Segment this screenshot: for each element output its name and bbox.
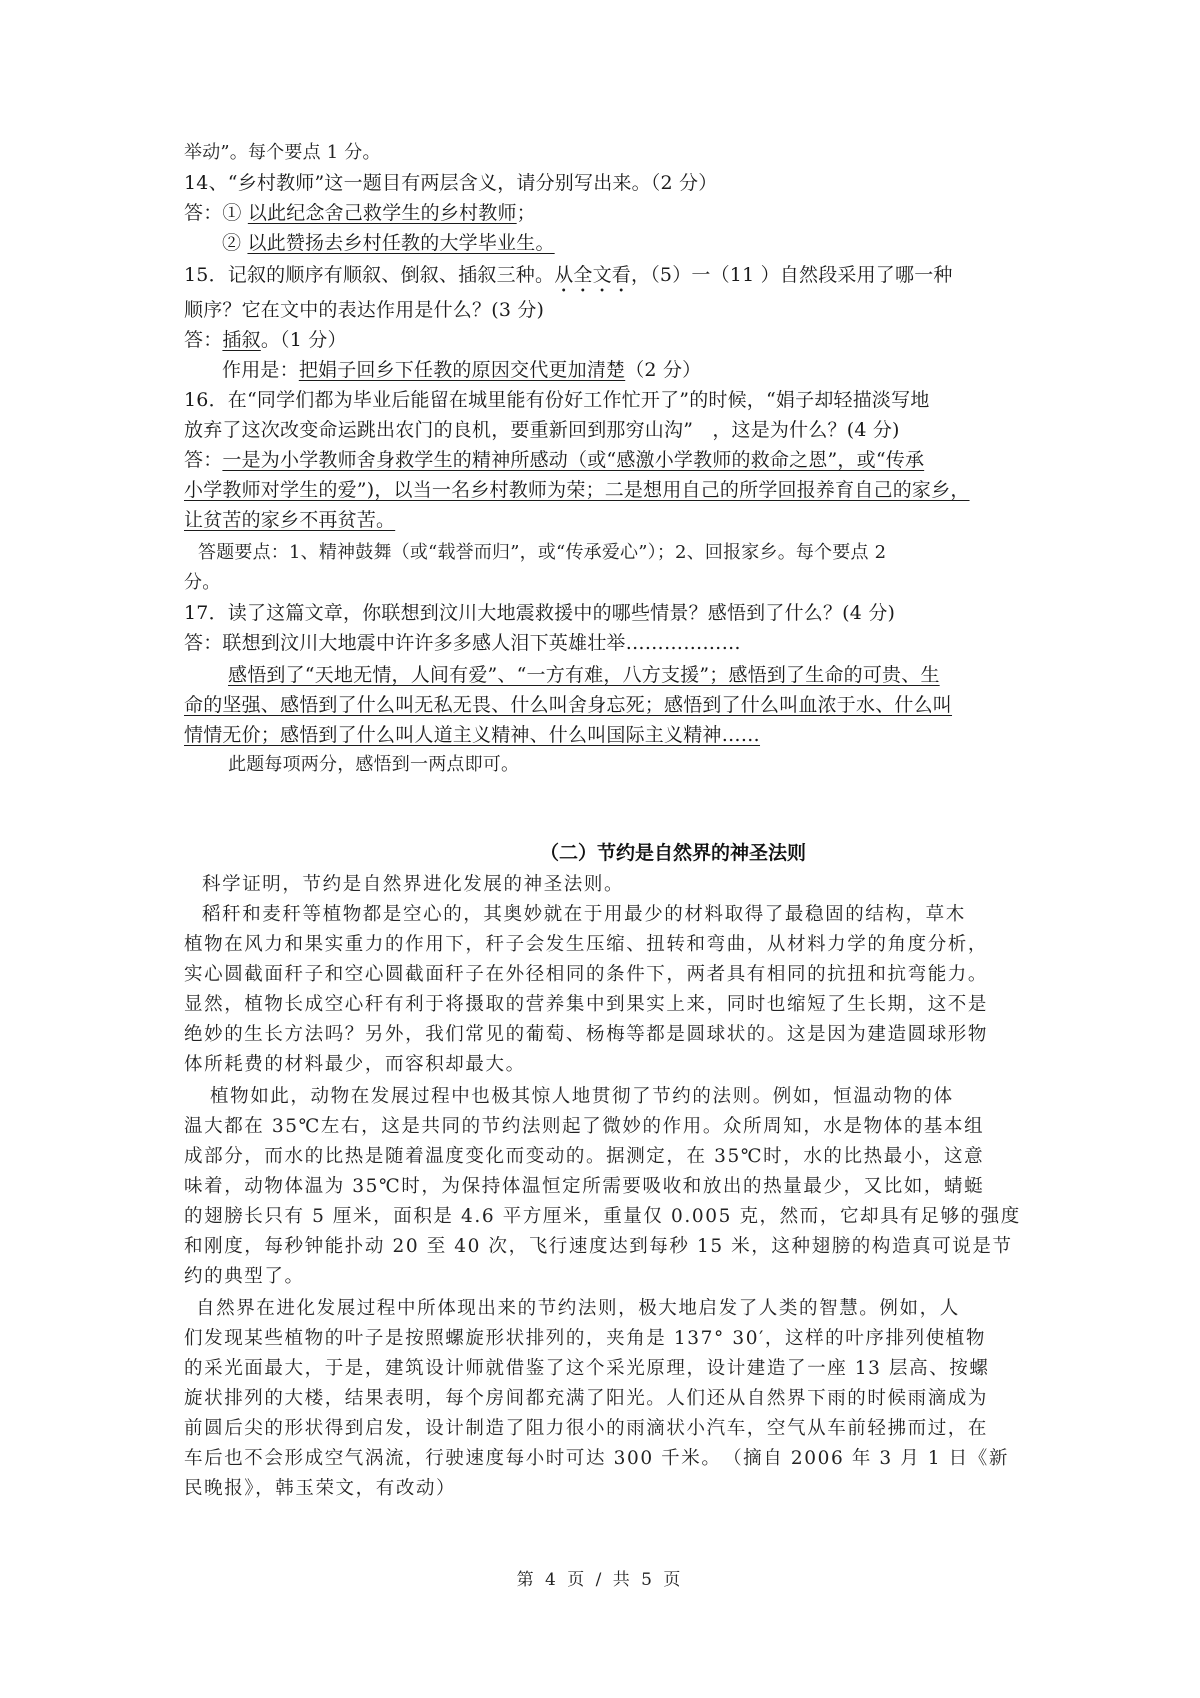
section-title: （二）节约是自然界的神圣法则 <box>540 840 806 866</box>
article-para-3-line: 味着，动物体温为 35℃时，为保持体温恒定所需要吸收和放出的热量最少，又比如，蜻… <box>184 1174 1024 1200</box>
answer-14-point2: 以此赞扬去乡村任教的大学毕业生。 <box>247 232 554 254</box>
function-label: 作用是： <box>222 359 299 381</box>
article-para-3-line: 温大都在 35℃左右，这是共同的节约法则起了微妙的作用。众所周知，水是物体的基本… <box>184 1114 1024 1140</box>
article-para-2-line: 显然，植物长成空心秆有利于将摄取的营养集中到果实上来，同时也缩短了生长期，这不是 <box>184 992 1024 1018</box>
answer-15-function: 把娟子回乡下任教的原因交代更加清楚 <box>299 359 625 381</box>
answer-17-line3: 命的坚强、感悟到了什么叫无私无畏、什么叫舍身忘死；感悟到了什么叫血浓于水、什么叫 <box>184 692 1024 718</box>
question-15-line2: 顺序？它在文中的表达作用是什么？(3 分) <box>184 297 1024 323</box>
answer-15-line2: 作用是：把娟子回乡下任教的原因交代更加清楚（2 分） <box>222 357 1062 383</box>
answer-17-line1: 答：联想到汶川大地震中许许多多感人泪下英雄壮举……………… <box>184 630 1024 656</box>
question-15-line1: 15．记叙的顺序有顺叙、倒叙、插叙三种。从全文看，（5）一（11 ）自然段采用了… <box>184 262 1024 297</box>
q15-text-b: ，（5）一（11 ）自然段采用了哪一种 <box>631 264 953 286</box>
article-para-4-line: 前圆后尖的形状得到启发，设计制造了阻力很小的雨滴状小汽车，空气从车前轻拂而过，在 <box>184 1416 1024 1442</box>
article-para-1: 科学证明，节约是自然界进化发展的神圣法则。 <box>202 872 1042 898</box>
answer-17-line4: 情情无价；感悟到了什么叫人道主义精神、什么叫国际主义精神…… <box>184 722 1024 748</box>
article-para-4-line: 自然界在进化发展过程中所体现出来的节约法则，极大地启发了人类的智慧。例如，人 <box>196 1296 1036 1322</box>
question-16-line2: 放弃了这次改变命运跳出农门的良机，要重新回到那穷山沟” ，这是为什么？(4 分) <box>184 417 1024 443</box>
article-para-3-line: 植物如此，动物在发展过程中也极其惊人地贯彻了节约的法则。例如，恒温动物的体 <box>210 1084 1050 1110</box>
answer-16-key-points: 答题要点：1、精神鼓舞（或“载誉而归”，或“传承爱心”）；2、回报家乡。每个要点… <box>198 540 1038 566</box>
answer-17-note: 此题每项两分，感悟到一两点即可。 <box>228 752 1068 778</box>
answer-15-line1: 答：插叙。（1 分） <box>184 327 1024 353</box>
article-para-3-line: 和刚度，每秒钟能扑动 20 至 40 次，飞行速度达到每秒 15 米，这种翅膀的… <box>184 1234 1024 1260</box>
score: （2 分） <box>625 359 701 381</box>
article-para-3-line: 的翅膀长只有 5 厘米，面积是 4.6 平方厘米，重量仅 0.005 克，然而，… <box>184 1204 1024 1230</box>
article-para-2-line: 绝妙的生长方法吗？另外，我们常见的葡萄、杨梅等都是圆球状的。这是因为建造圆球形物 <box>184 1022 1024 1048</box>
article-para-3-line: 成部分，而水的比热是随着温度变化而变动的。据测定，在 35℃时，水的比热最小，这… <box>184 1144 1024 1170</box>
question-14: 14、“乡村教师”这一题目有两层含义，请分别写出来。（2 分） <box>184 170 1024 196</box>
answer-number: ② <box>222 232 247 254</box>
article-para-2-line: 实心圆截面秆子和空心圆截面秆子在外径相同的条件下，两者具有相同的抗扭和抗弯能力。 <box>184 962 1024 988</box>
answer-14-line2: ② 以此赞扬去乡村任教的大学毕业生。 <box>222 230 1062 256</box>
question-17: 17．读了这篇文章，你联想到汶川大地震救援中的哪些情景？感悟到了什么？(4 分) <box>184 600 1024 626</box>
answer-16-line3: 让贫苦的家乡不再贫苦。 <box>184 507 1024 533</box>
punct: ； <box>517 202 536 224</box>
exam-page: 举动”。每个要点 1 分。 14、“乡村教师”这一题目有两层含义，请分别写出来。… <box>0 0 1200 1698</box>
answer-17-line2: 感悟到了“天地无情，人间有爱”、“一方有难，八方支援”；感悟到了生命的可贵、生 <box>228 662 1068 688</box>
article-para-2-line: 体所耗费的材料最少，而容积却最大。 <box>184 1052 1024 1078</box>
score: 。（1 分） <box>261 329 347 351</box>
answer-16-text: 一是为小学教师舍身救学生的精神所感动（或“感激小学教师的救命之恩”，或“传承 <box>222 449 924 471</box>
article-para-4-line: 车后也不会形成空气涡流，行驶速度每小时可达 300 千米。 （摘自 2006 年… <box>184 1446 1024 1472</box>
answer-14-point1: 以此纪念舍己救学生的乡村教师 <box>248 202 517 224</box>
answer-15-order: 插叙 <box>222 329 260 351</box>
article-para-2-line: 稻秆和麦秆等植物都是空心的，其奥妙就在于用最少的材料取得了最稳固的结构，草木 <box>202 902 1042 928</box>
q15-emphasis: 从全文看 <box>554 264 631 286</box>
answer-16-line1: 答：一是为小学教师舍身救学生的精神所感动（或“感激小学教师的救命之恩”，或“传承 <box>184 447 1024 473</box>
answer-14-line1: 答：① 以此纪念舍己救学生的乡村教师； <box>184 200 1024 226</box>
answer-16-line2: 小学教师对学生的爱”)，以当一名乡村教师为荣；二是想用自己的所学回报养育自己的家… <box>184 477 1024 503</box>
answer-prefix: 答： <box>184 449 222 471</box>
article-para-3-line: 约的典型了。 <box>184 1264 1024 1290</box>
article-para-4-line: 民晚报》，韩玉荣文，有改动） <box>184 1476 1024 1502</box>
article-para-2-line: 植物在风力和果实重力的作用下，秆子会发生压缩、扭转和弯曲，从材料力学的角度分析， <box>184 932 1024 958</box>
article-para-4-line: 的采光面最大，于是，建筑设计师就借鉴了这个采光原理，设计建造了一座 13 层高、… <box>184 1356 1024 1382</box>
answer-prefix: 答： <box>184 329 222 351</box>
answer-16-key-points-cont: 分。 <box>184 570 1024 596</box>
answer-prefix: 答：① <box>184 202 248 224</box>
page-number-footer: 第 4 页 / 共 5 页 <box>0 1565 1200 1590</box>
scoring-note-continued: 举动”。每个要点 1 分。 <box>184 140 1024 166</box>
article-para-4-line: 们发现某些植物的叶子是按照螺旋形状排列的，夹角是 137° 30′，这样的叶序排… <box>184 1326 1024 1352</box>
question-16-line1: 16．在“同学们都为毕业后能留在城里能有份好工作忙开了”的时候，“娟子却轻描淡写… <box>184 387 1024 413</box>
article-para-4-line: 旋状排列的大楼，结果表明，每个房间都充满了阳光。人们还从自然界下雨的时候雨滴成为 <box>184 1386 1024 1412</box>
q15-text-a: 15．记叙的顺序有顺叙、倒叙、插叙三种。 <box>184 264 554 286</box>
